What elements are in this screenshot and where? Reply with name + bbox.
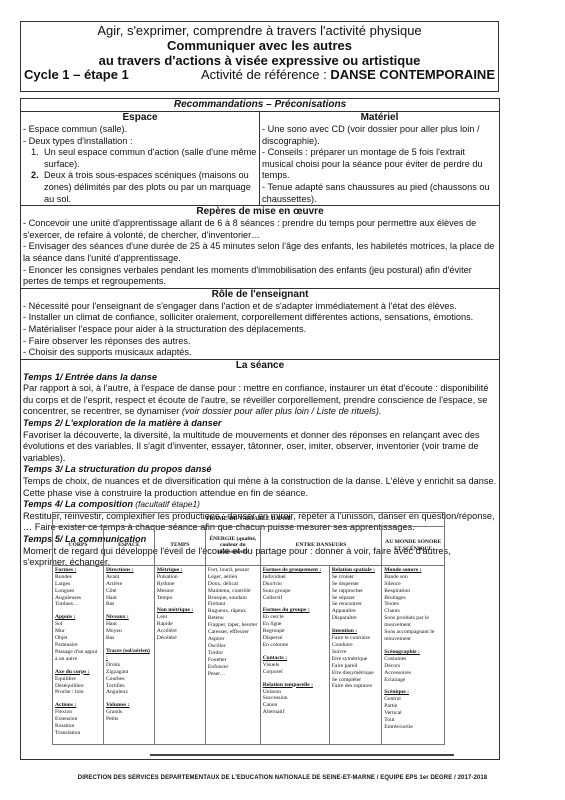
trame-group: Formes :RondesLargesLonguesAnguleusesTor… [55, 567, 101, 608]
trame-item: Textes [384, 601, 442, 608]
trame-item: Petits [106, 716, 152, 723]
trame-item: Anguleuses [55, 595, 101, 602]
trame-group-heading: Appuis : [55, 614, 101, 621]
trame-column-header: ENTRE DANSEURS [260, 526, 382, 565]
trame-item: Enfoncer [208, 664, 258, 671]
trame-item: Retenu [208, 615, 258, 622]
trame-item: Doux, délicat [208, 581, 258, 588]
document-header: Agir, s'exprimer, comprendre à travers l… [20, 21, 499, 92]
trame-item: Respiration [384, 588, 442, 595]
trame-item: Décéléré [157, 635, 203, 642]
trame-group: Relation temporelle :UnissonSuccessionCa… [263, 682, 327, 717]
trame-group-heading: Intention : [332, 628, 379, 635]
trame-group: Relation spatiale :Se croiserSe disperse… [332, 567, 379, 622]
materiel-item: - Une sono avec CD (voir dossier pour al… [262, 124, 497, 147]
role-section: Rôle de l'enseignant - Nécessité pour l'… [21, 289, 499, 360]
trame-item: Entrée/sortie [384, 724, 442, 731]
trame-item: Faire pareil [332, 663, 379, 670]
role-item: - Choisir des supports musicaux adaptés. [23, 347, 497, 359]
trame-item: Passage d'un appui à un autre [55, 649, 101, 663]
trame-column-cell: Directions :AvantArrièreCôtéHautBasNivea… [103, 565, 154, 744]
trame-item: Avant [106, 574, 152, 581]
trame-item: Courbes [106, 676, 152, 683]
trame-group: Intention :Faire le contraireConduireSui… [332, 628, 379, 690]
trame-group: Scénique :CentralPartieVerticalToutEntré… [384, 689, 442, 730]
cycle-label: Cycle 1 – étape 1 [24, 68, 129, 82]
trame-item: Collectif [263, 595, 327, 602]
trame-group-heading: Traces (sol/aérien) : [106, 648, 152, 662]
trame-item: Proche / loin [55, 689, 101, 696]
trame-item: En ligne [263, 621, 327, 628]
reperes-title: Repères de mise en œuvre [23, 206, 497, 218]
trame-group: Formes du groupe :En cercleEn ligneRegro… [263, 607, 327, 648]
trame-column-header: AU MONDE SONORE ET SCÉNIQUE [382, 526, 445, 565]
materiel-item: - Conseils : préparer un montage de 5 fo… [262, 147, 497, 182]
trame-item: Se rencontrer [332, 601, 379, 608]
trame-group-heading: Relation spatiale : [332, 567, 379, 574]
trame-item: Zigzagant [106, 669, 152, 676]
trame-item: Se croiser [332, 574, 379, 581]
trame-group-heading: Formes : [55, 567, 101, 574]
trame-group-heading: Relation temporelle : [263, 682, 327, 689]
trame-item: Larges [55, 581, 101, 588]
trame-item: Costumes [384, 656, 442, 663]
trame-item: Droits [106, 662, 152, 669]
page-footer: DIRECTION DES SERVICES DEPARTEMENTAUX DE… [0, 775, 565, 781]
trame-item: Apparaître [332, 608, 379, 615]
trame-item: Rondes [55, 574, 101, 581]
trame-group: Fort, lourd, pesantLéger, aérienDoux, dé… [208, 567, 258, 678]
trame-item: Fouetter [208, 657, 258, 664]
trame-item: Décors [384, 663, 442, 670]
trame-item: Se séparer [332, 595, 379, 602]
trame-column-cell: Formes de groupement :IndividuelDuo/trio… [260, 565, 329, 744]
trame-group: Traces (sol/aérien) :DroitsZigzagantCour… [106, 648, 152, 696]
reperes-section: Repères de mise en œuvre - Concevoir une… [21, 206, 499, 289]
trame-item: Tortillés [106, 683, 152, 690]
trame-item: Brusque, soudain [208, 595, 258, 602]
trame-group-heading: Directions : [106, 567, 152, 574]
trame-body-row: Formes :RondesLargesLonguesAnguleusesTor… [53, 565, 445, 744]
trame-item: Equilibre [55, 676, 101, 683]
trame-item: Dispersé [263, 635, 327, 642]
trame-group: Non métrique :LentRapideAccéléréDécéléré [157, 607, 203, 642]
recommandations-title: Recommandations – Préconisations [21, 99, 499, 112]
trame-item: Osciller [208, 643, 258, 650]
trame-group-heading: Scénique : [384, 689, 442, 696]
trame-item: Regroupé [263, 628, 327, 635]
role-item: - Nécessité pour l'enseignant de s'engag… [23, 301, 497, 313]
espace-item: - Deux types d'installation : [23, 136, 257, 148]
trame-item: Partenaire [55, 642, 101, 649]
materiel-column: Matériel - Une sono avec CD (voir dossie… [260, 112, 499, 205]
trame-column-header: ÉNERGIE (qualité, couleur du mouvement) [205, 526, 260, 565]
reperes-item: - Enoncer les consignes verbales pendant… [23, 265, 497, 288]
trame-item: Corporel [263, 669, 327, 676]
trame-item: Se rapprocher [332, 588, 379, 595]
trame-column-cell: Monde sonore :Bande sonSilenceRespiratio… [382, 565, 445, 744]
trame-item: Sous groupe [263, 588, 327, 595]
trame-item: Sons produits par le mouvement [384, 615, 442, 629]
reperes-item: - Envisager des séances d'une durée de 2… [23, 241, 497, 264]
trame-item: Tordre [208, 650, 258, 657]
trame-item: Peser… [208, 671, 258, 678]
seance-title: La séance [23, 360, 497, 372]
trame-group: Scénographie :CostumesDécorsAccessoiresE… [384, 649, 442, 684]
trame-item: Anguleux [106, 689, 152, 696]
trame-item: Rugueux, râpeux [208, 608, 258, 615]
espace-column: Espace - Espace commun (salle). - Deux t… [21, 112, 260, 205]
trame-group: Contacts :VisuelsCorporel [263, 655, 327, 676]
temps-text: Par rapport à soi, à l'autre, à l'espace… [23, 383, 497, 418]
trame-group-heading: Axe du corps : [55, 669, 101, 676]
trame-item: Mesure [157, 588, 203, 595]
trame-item: Duo/trio [263, 581, 327, 588]
trame-group-heading: Niveaux : [106, 614, 152, 621]
trame-item: Déséquilibre [55, 683, 101, 690]
role-item: - Faire observer les réponses des autres… [23, 336, 497, 348]
trame-item: Faire des ruptures [332, 683, 379, 690]
trame-item: Accessoires [384, 670, 442, 677]
trame-item: Disparaître [332, 615, 379, 622]
role-item: - Installer un climat de confiance, soll… [23, 312, 497, 324]
trame-item: Pulsation [157, 574, 203, 581]
trame-item: Mur [55, 628, 101, 635]
trame-column-cell: Fort, lourd, pesantLéger, aérienDoux, dé… [205, 565, 260, 744]
trame-group-heading: Non métrique : [157, 607, 203, 614]
trame-item: Fort, lourd, pesant [208, 567, 258, 574]
trame-item: Aspirer [208, 636, 258, 643]
objective-subtitle: au travers d'actions à visée expressive … [21, 53, 498, 68]
temps-text: Temps de choix, de nuances et de diversi… [23, 476, 497, 499]
trame-item: Translation [55, 730, 101, 737]
trame-item: En cercle [263, 614, 327, 621]
trame-item: Unisson [263, 689, 327, 696]
trame-item: Grands [106, 709, 152, 716]
trame-item: Lent [157, 614, 203, 621]
trame-group: Directions :AvantArrièreCôtéHautBas [106, 567, 152, 608]
temps-heading: Temps 2/ L'exploration de la matière à d… [23, 418, 497, 430]
temps-heading: Temps 3/ La structuration du propos dans… [23, 464, 497, 476]
trame-column-header: ESPACE [103, 526, 154, 565]
trame-item: Visuels [263, 662, 327, 669]
trame-item: Conduire [332, 642, 379, 649]
trame-group-heading: Actions : [55, 702, 101, 709]
trame-item: Extension [55, 716, 101, 723]
trame-group-heading: Métrique : [157, 567, 203, 574]
trame-item: Se disperser [332, 581, 379, 588]
trame-item: Succession [263, 695, 327, 702]
trame-item: Bruitages [384, 595, 442, 602]
trame-group-heading: Monde sonore : [384, 567, 442, 574]
trame-group-heading: Formes du groupe : [263, 607, 327, 614]
reperes-item: - Concevoir une unité d'apprentissage al… [23, 218, 497, 241]
trame-item: Sons accompagnant le mouvement [384, 629, 442, 643]
trame-item: Etre dissymétrique [332, 670, 379, 677]
trame-item: Haut [106, 595, 152, 602]
domain-title: Agir, s'exprimer, comprendre à travers l… [21, 24, 498, 38]
trame-item: Moyen [106, 628, 152, 635]
trame-item: Bas [106, 601, 152, 608]
trame-item: Côté [106, 588, 152, 595]
trame-item: Bas [106, 635, 152, 642]
espace-title: Espace [23, 112, 257, 124]
trame-variable-table: TRAME DE VARIABLE DANSE CORPSESPACETEMPS… [52, 512, 445, 745]
trame-item: Eclairage [384, 677, 442, 684]
trame-item: Tordues… [55, 601, 101, 608]
temps-heading: Temps 4/ La composition (facultatif étap… [23, 499, 497, 511]
trame-item: Rythme [157, 581, 203, 588]
trame-group-heading: Scénographie : [384, 649, 442, 656]
temps-text: Favoriser la découverte, la diversité, l… [23, 430, 497, 465]
trame-group-heading: Volumes : [106, 702, 152, 709]
trame-item: Tempo [157, 595, 203, 602]
trame-column-header: CORPS [53, 526, 104, 565]
trame-item: Objet [55, 635, 101, 642]
trame-header-row: CORPSESPACETEMPSÉNERGIE (qualité, couleu… [53, 526, 445, 565]
trame-item: Etre symétrique [332, 656, 379, 663]
trame-group-heading: Contacts : [263, 655, 327, 662]
trame-item: Vertical [384, 710, 442, 717]
trame-group-heading: Formes de groupement : [263, 567, 327, 574]
trame-column-cell: Formes :RondesLargesLonguesAnguleusesTor… [53, 565, 104, 744]
trame-group: Appuis :SolMurObjetPartenairePassage d'u… [55, 614, 101, 662]
trame-item: Maintenu, contrôlé [208, 588, 258, 595]
trame-item: Faire le contraire [332, 635, 379, 642]
trame-item: Central [384, 696, 442, 703]
espace-numbered-item: 2.Deux à trois sous-espaces scéniques (m… [23, 170, 257, 205]
trame-item: Flexion [55, 709, 101, 716]
trame-item: Flottant [208, 601, 258, 608]
trame-item: Rapide [157, 621, 203, 628]
espace-item: - Espace commun (salle). [23, 124, 257, 136]
activity-name: DANSE CONTEMPORAINE [330, 67, 495, 82]
trame-item: En colonne [263, 642, 327, 649]
trame-item: Bande son [384, 574, 442, 581]
trame-item: Suivre [332, 649, 379, 656]
trame-column-cell: Relation spatiale :Se croiserSe disperse… [329, 565, 381, 744]
trame-item: Léger, aérien [208, 574, 258, 581]
trame-item: Rotation [55, 723, 101, 730]
espace-numbered-item: 1.Un seul espace commun d'action (salle … [23, 147, 257, 170]
role-item: - Matérialiser l'espace pour aider à la … [23, 324, 497, 336]
cycle-line: Cycle 1 – étape 1 Activité de référence … [21, 68, 498, 82]
trame-item: Arrière [106, 581, 152, 588]
materiel-item: - Tenue adapté sans chaussures au pied (… [262, 182, 497, 205]
trame-group: Actions :FlexionExtensionRotationTransla… [55, 702, 101, 737]
trame-item: Individuel [263, 574, 327, 581]
trame-group: Niveaux :HautMoyenBas [106, 614, 152, 642]
temps-note: (facultatif étape1) [133, 499, 200, 509]
temps-heading: Temps 1/ Entrée dans la danse [23, 372, 497, 384]
trame-item: Caresser, effleurer [208, 629, 258, 636]
trame-column-header: TEMPS [154, 526, 205, 565]
trame-item: Alternatif [263, 709, 327, 716]
trame-item: Sol [55, 621, 101, 628]
trame-item: Se compléter [332, 677, 379, 684]
trame-group: Métrique :PulsationRythmeMesureTempo [157, 567, 203, 602]
role-title: Rôle de l'enseignant [23, 289, 497, 301]
trame-group: Monde sonore :Bande sonSilenceRespiratio… [384, 567, 442, 643]
table-shadow [150, 754, 454, 756]
trame-item: Haut [106, 621, 152, 628]
trame-item: Silence [384, 581, 442, 588]
trame-title: TRAME DE VARIABLE DANSE [53, 513, 445, 527]
materiel-title: Matériel [262, 112, 497, 124]
trame-group: Volumes :GrandsPetits [106, 702, 152, 723]
trame-item: Tout [384, 717, 442, 724]
activity-reference: Activité de référence : DANSE CONTEMPORA… [201, 68, 495, 82]
trame-item: Chants [384, 608, 442, 615]
trame-item: Partie [384, 703, 442, 710]
trame-item: Longues [55, 588, 101, 595]
trame-column-cell: Métrique :PulsationRythmeMesureTempoNon … [154, 565, 205, 744]
trame-group: Axe du corps :EquilibreDéséquilibreProch… [55, 669, 101, 697]
objective-title: Communiquer avec les autres [21, 38, 498, 53]
trame-group: Formes de groupement :IndividuelDuo/trio… [263, 567, 327, 602]
trame-item: Accéléré [157, 628, 203, 635]
recommandations-row: Espace - Espace commun (salle). - Deux t… [21, 112, 499, 206]
